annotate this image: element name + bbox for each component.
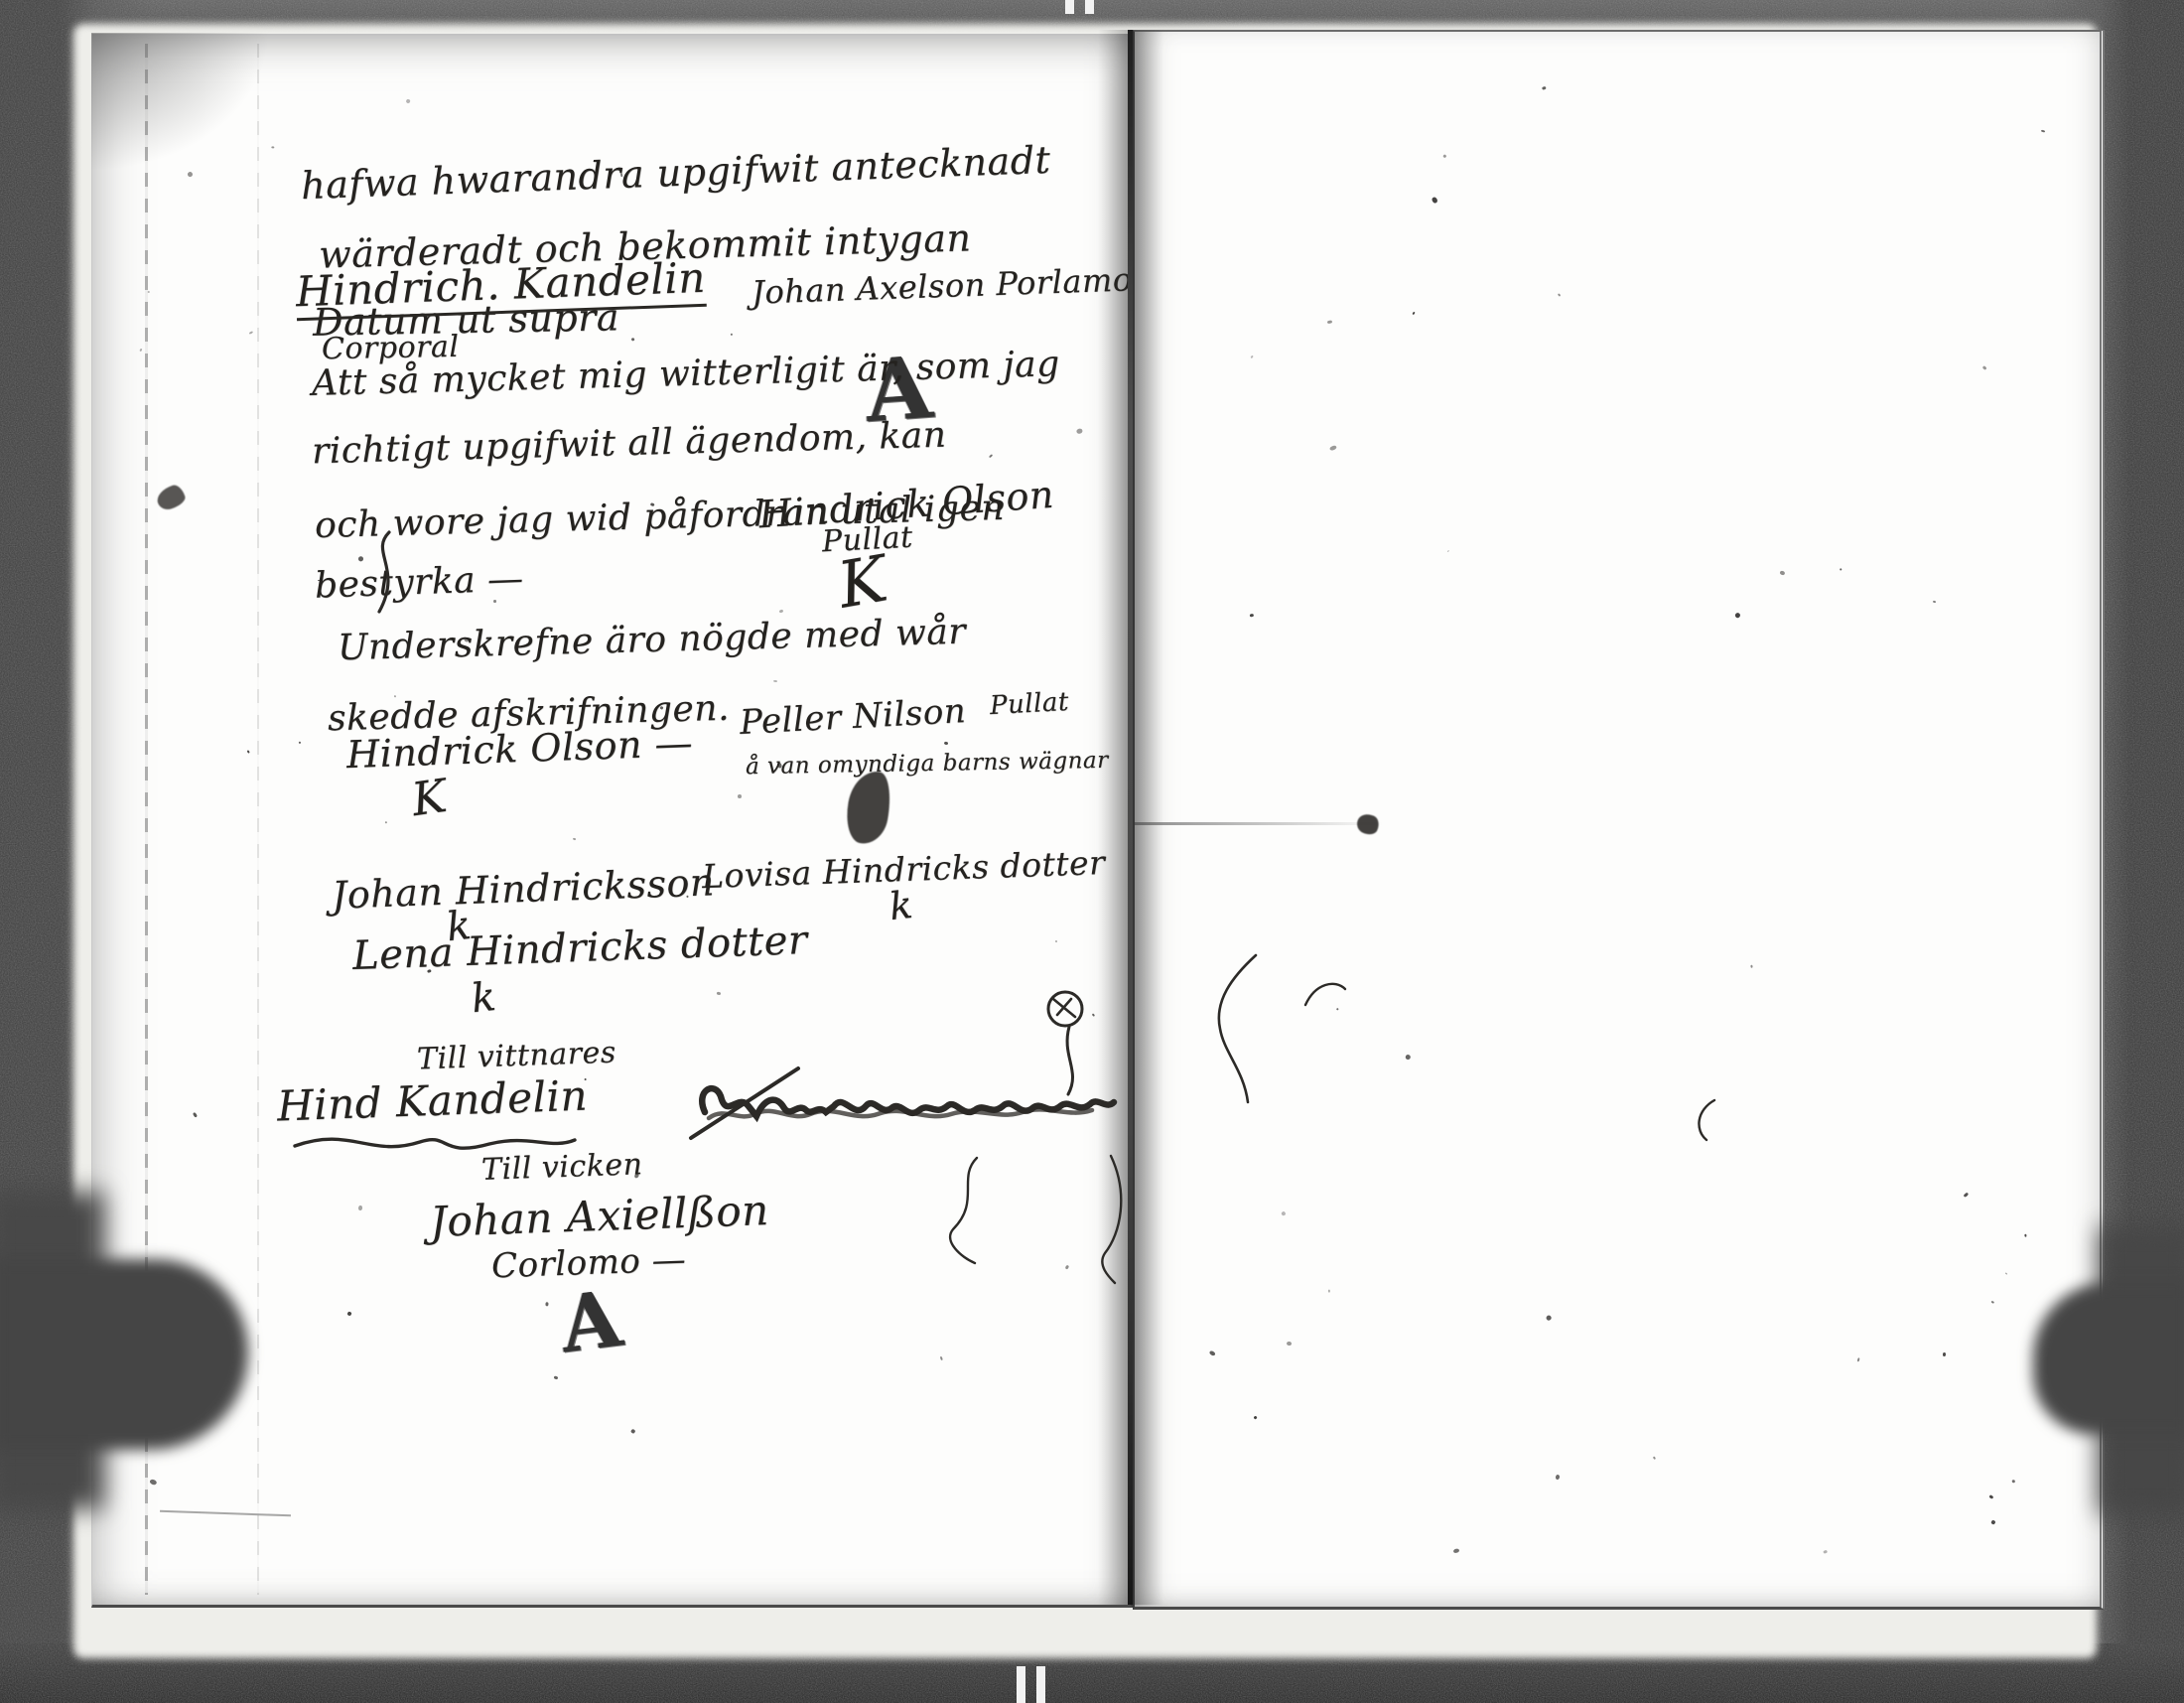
- pen-flourish: [363, 530, 407, 616]
- left-page: hafwa hwarandra upgifwit antecknadt wärd…: [91, 34, 1133, 1608]
- top-alignment-marks: [1065, 0, 1094, 14]
- struck-signature-scribble: [695, 1076, 1122, 1140]
- final-attest-heading: Till vicken: [480, 1147, 643, 1188]
- right-page: [1133, 30, 2105, 1610]
- margin-crease: [257, 44, 259, 1595]
- final-attest-signature: Johan Axiellßon: [429, 1186, 769, 1246]
- stray-pen-stroke: [1689, 1096, 1722, 1144]
- bomarke-k-heir3: k: [470, 974, 498, 1022]
- witness-signature-right: Johan Axelson Porlamo: [751, 260, 1133, 311]
- stray-pen-stroke: [1301, 975, 1349, 1015]
- book-clamp-right: [2033, 1283, 2184, 1434]
- bomarke-k-heir2: k: [887, 883, 915, 928]
- margin-ink-blot: [154, 483, 187, 512]
- book-clamp-left: [0, 1259, 248, 1450]
- attestation-line-2: richtigt upgifwit all ägendom, kan: [312, 415, 947, 473]
- bottom-alignment-marks: [1017, 1666, 1045, 1703]
- ink-blot-mark: [1354, 810, 1382, 837]
- consent-line-1: Underskrefne äro nögde med wår: [338, 612, 967, 669]
- witness-attest-signature: Hind Kandelin: [276, 1071, 588, 1131]
- scanned-book-spread: hafwa hwarandra upgifwit antecknadt wärd…: [0, 0, 2184, 1703]
- bomarke-K-left: K: [408, 769, 450, 826]
- fold-crease-line: [1135, 822, 1383, 825]
- ink-blot-mark: [842, 768, 895, 847]
- stray-pen-stroke: [941, 1154, 991, 1273]
- consent-signature-right: Peller Nilson: [739, 691, 967, 743]
- stray-pen-stroke: [1204, 953, 1274, 1112]
- scratch-mark: [160, 1510, 291, 1517]
- closing-paragraph-line-1: hafwa hwarandra upgifwit antecknadt: [300, 138, 1050, 208]
- heir-1-signature: Johan Hindricksson: [331, 860, 715, 917]
- consent-signature-right-farm: Pullat: [989, 687, 1069, 721]
- bomarke-A-bottom: A: [556, 1274, 627, 1371]
- heir-3-signature: Lena Hindricks dotter: [351, 918, 808, 979]
- center-fold: [1128, 30, 1133, 1605]
- corner-shadow: [91, 33, 270, 172]
- consent-on-behalf-line: å van omyndiga barns wägnar: [746, 748, 1109, 780]
